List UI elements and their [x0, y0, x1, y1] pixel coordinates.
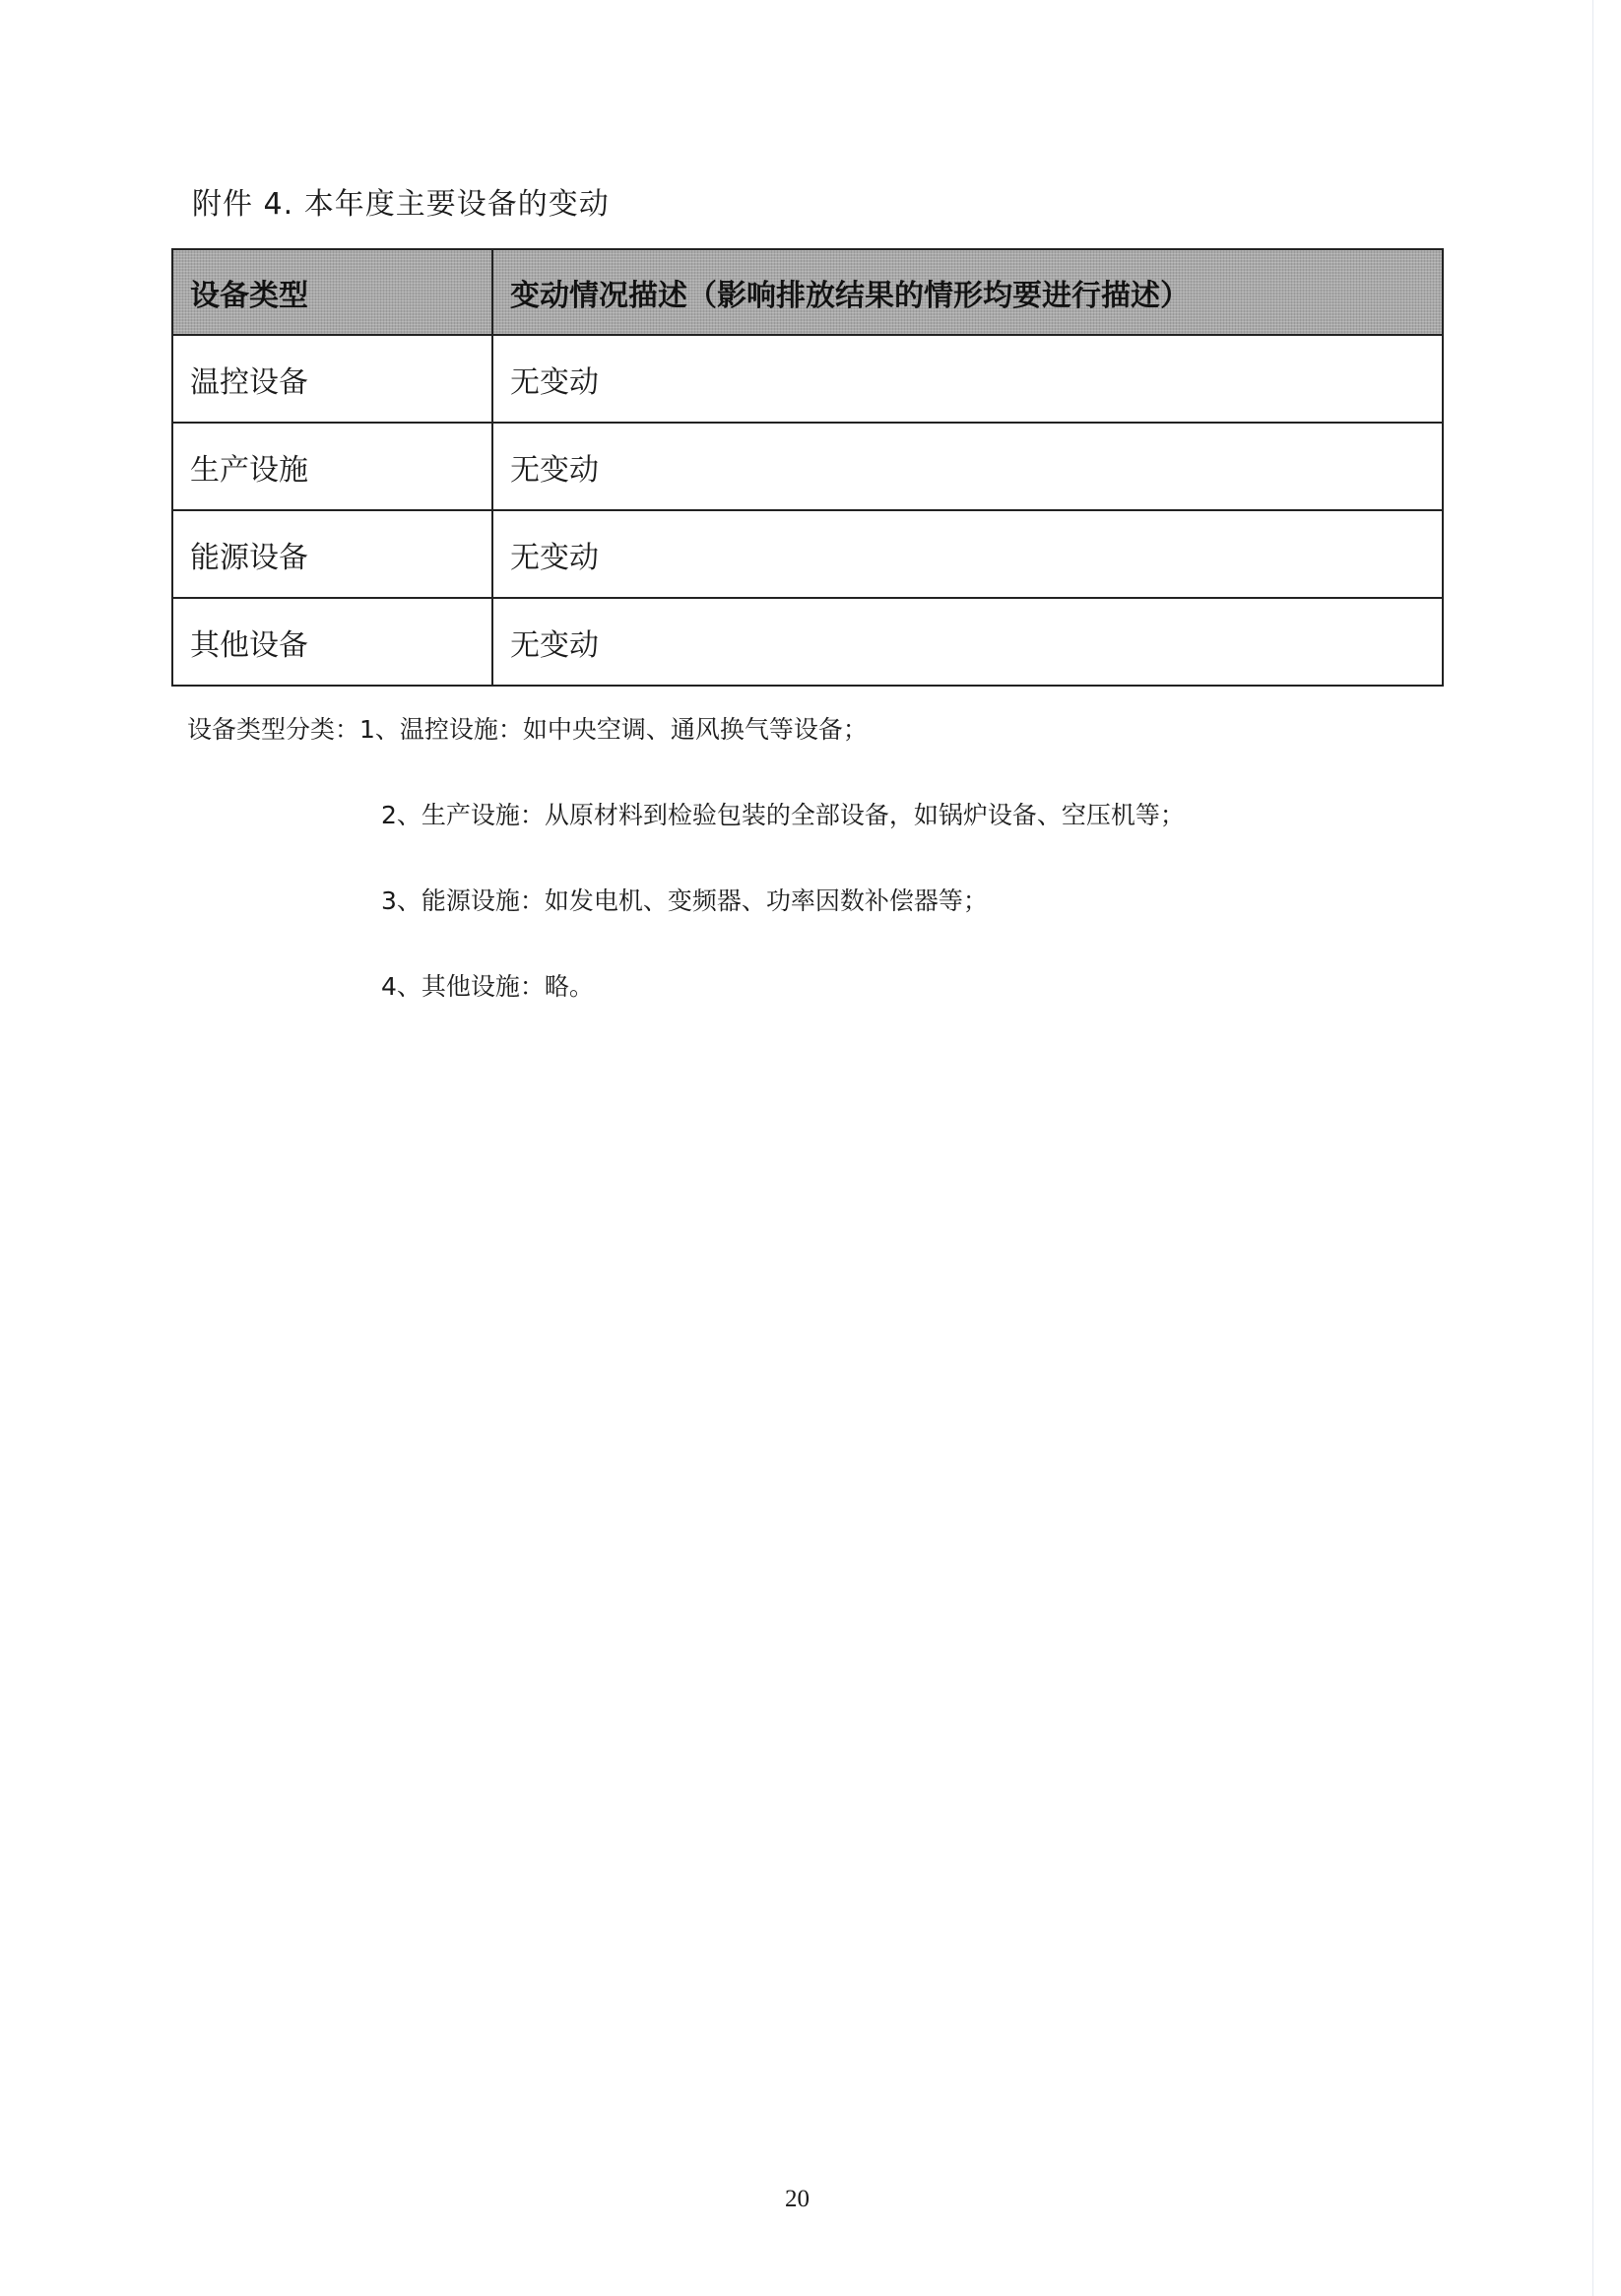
equipment-change-table: 设备类型 变动情况描述（影响排放结果的情形均要进行描述） 温控设备 无变动 生产…: [171, 248, 1444, 687]
table-row: 能源设备 无变动: [172, 510, 1443, 598]
note-line: 设备类型分类：1、温控设施：如中央空调、通风换气等设备；: [187, 713, 868, 747]
change-description-cell: 无变动: [492, 423, 1443, 510]
equipment-type-cell: 生产设施: [172, 423, 492, 510]
change-description-cell: 无变动: [492, 335, 1443, 423]
page-number: 20: [785, 2185, 810, 2214]
header-equipment-type: 设备类型: [172, 249, 492, 335]
equipment-type-cell: 其他设备: [172, 598, 492, 686]
table-row: 温控设备 无变动: [172, 335, 1443, 423]
table-row: 生产设施 无变动: [172, 423, 1443, 510]
equipment-type-cell: 能源设备: [172, 510, 492, 598]
equipment-type-cell: 温控设备: [172, 335, 492, 423]
stamp-edge-mark: [0, 1182, 22, 1310]
change-description-cell: 无变动: [492, 598, 1443, 686]
header-change-description: 变动情况描述（影响排放结果的情形均要进行描述）: [492, 249, 1443, 335]
note-line: 4、其他设施：略。: [381, 970, 594, 1004]
note-line: 3、能源设施：如发电机、变频器、功率因数补偿器等；: [381, 885, 988, 918]
page-title: 附件 4. 本年度主要设备的变动: [192, 185, 610, 225]
note-line: 2、生产设施：从原材料到检验包装的全部设备，如锅炉设备、空压机等；: [381, 799, 1185, 832]
table-header-row: 设备类型 变动情况描述（影响排放结果的情形均要进行描述）: [172, 249, 1443, 335]
table-row: 其他设备 无变动: [172, 598, 1443, 686]
change-description-cell: 无变动: [492, 510, 1443, 598]
scan-edge-line: [1592, 0, 1593, 2296]
